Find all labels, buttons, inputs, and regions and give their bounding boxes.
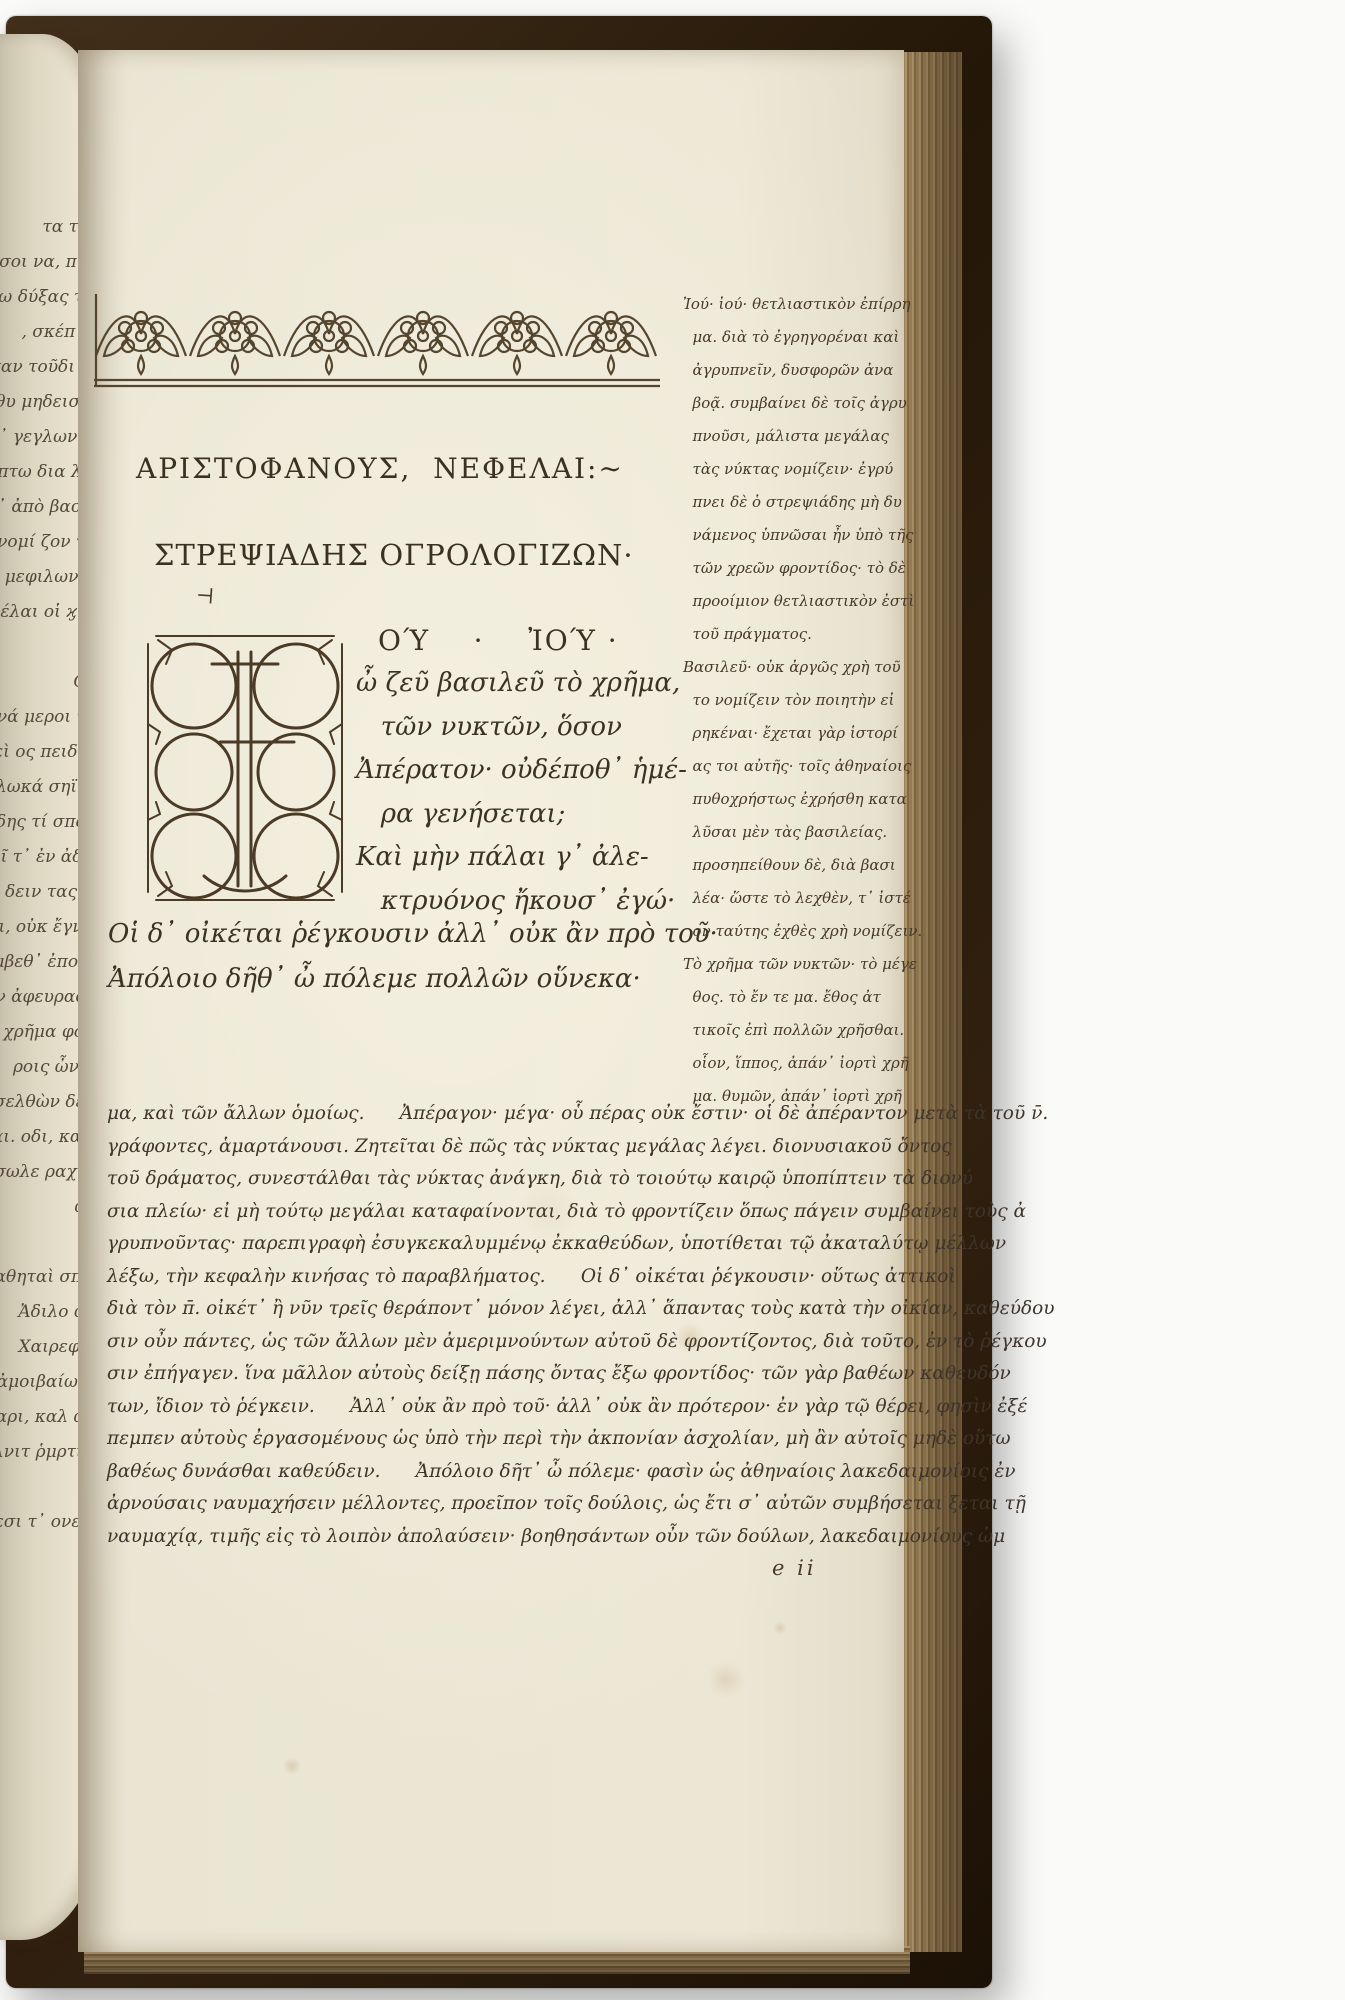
book-photograph: τα τον.μῶ σοι να, πνηὶω δύξας τοῦ, σκέπ … [0, 0, 1345, 2000]
commentary-line: διὰ τὸν π̄. οἰκέτ᾽ ἢ νῦν τρεῖς θεράποντ᾽… [107, 1293, 899, 1326]
scholia-line: Τὸ χρῆμα τῶν νυκτῶν· τὸ μέγε [683, 948, 898, 981]
scholia-line: πνοῦσι, μάλιστα μεγάλας [683, 420, 898, 453]
verse-line: Ἀπέρατον· οὐδέποθ᾽ ἡμέ- [356, 749, 687, 793]
floral-headpiece-woodcut [94, 290, 660, 396]
scene-heading: ΣΤΡΕΨΙΑΔΗΣ ΟΓΡΟΛΟΓΙΖΩΝ· [154, 538, 634, 572]
commentary-line: πεμπεν αὐτοὺς ἐργασομένους ὡς ὑπὸ τὴν πε… [107, 1423, 899, 1456]
scholia-line: θος. τὸ ἔν τε μα. ἔθος ἀτ [683, 981, 898, 1014]
verse-opening-capitals: ΟΎ · ἸΟΎ · [378, 624, 619, 657]
commentary-line: λέξω, τὴν κεφαλὴν κινήσας τὸ παραβλήματο… [107, 1261, 899, 1294]
verse-line: τῶν νυκτῶν, ὅσον [356, 706, 687, 750]
verse-full-width-lines: Οἱ δ᾽ οἰκέται ῥέγκουσιν ἀλλ᾽ οὐκ ἂν πρὸ … [108, 912, 718, 1002]
commentary-line: σιν ἐπήγαγεν. ἵνα μᾶλλον αὐτοὺς δείξῃ πά… [107, 1358, 899, 1391]
commentary-line: γράφοντες, ἁμαρτάνουσι. Ζητεῖται δὲ πῶς … [107, 1131, 899, 1164]
scholia-line: τικοῖς ἐπὶ πολλῶν χρῆσθαι. [683, 1014, 898, 1047]
verse-line: Καὶ μὴν πάλαι γ᾽ ἀλε- [356, 836, 687, 880]
scholia-line: βοᾷ. συμβαίνει δὲ τοῖς ἀγρυ [683, 387, 898, 420]
right-page: ΑΡΙΣΤΟΦΑΝΟΥΣ, ΝΕΦΕΛΑΙ:∼ ΣΤΡΕΨΙΑΔΗΣ ΟΓΡΟΛ… [78, 50, 904, 1952]
paragraph-mark: ⊣ [195, 583, 215, 608]
verse-line: ὦ ζεῦ βασιλεῦ τὸ χρῆμα, [356, 662, 687, 706]
scholia-line: οἷον, ἵππος, ἀπάν᾽ ἰορτὶ χρῆ [683, 1047, 898, 1080]
scholia-line: λέα· ὥστε τὸ λεχθὲν, τ᾽ ἰστέ [683, 882, 898, 915]
scholia-line: πνει δὲ ὁ στρεψιάδης μὴ δυ [683, 486, 898, 519]
scholia-line: ἀγρυπνεῖν, δυσφορῶν ἀνα [683, 354, 898, 387]
scholia-line: πυθοχρήστως ἐχρήσθη κατα [683, 783, 898, 816]
scholia-line: νάμενος ὑπνῶσαι ἦν ὑπὸ τῆς [683, 519, 898, 552]
commentary-block: μα, καὶ τῶν ἄλλων ὁμοίως. Ἀπέραγον· μέγα… [107, 1098, 899, 1553]
scholia-line: ον ταύτης ἐχθὲς χρὴ νομίζειν. [683, 915, 898, 948]
scholia-line: τὰς νύκτας νομίζειν· ἐγρύ [683, 453, 898, 486]
commentary-line: μα, καὶ τῶν ἄλλων ὁμοίως. Ἀπέραγον· μέγα… [107, 1098, 899, 1131]
scholia-line: μα. διὰ τὸ ἐγρηγορέναι καὶ [683, 321, 898, 354]
scholia-line: προοίμιον θετλιαστικὸν ἐστὶ [683, 585, 898, 618]
commentary-line: ναυμαχίᾳ, τιμῆς εἰς τὸ λοιπὸν ἀπολαύσειν… [107, 1521, 899, 1554]
verse-line: Οἱ δ᾽ οἰκέται ῥέγκουσιν ἀλλ᾽ οὐκ ἂν πρὸ … [108, 912, 718, 957]
scholia-line: Ἰού· ἰού· θετλιαστικὸν ἐπίρρη [683, 288, 898, 321]
verse-line: Ἀπόλοιο δῆθ᾽ ὦ πόλεμε πολλῶν οὕνεκα· [108, 957, 718, 1002]
commentary-line: τοῦ δράματος, συνεστάλθαι τὰς νύκτας ἀνά… [107, 1163, 899, 1196]
page-title: ΑΡΙΣΤΟΦΑΝΟΥΣ, ΝΕΦΕΛΑΙ:∼ [136, 452, 624, 485]
fore-edge-page-stack [898, 52, 962, 1952]
commentary-line: ἀρνούσαις ναυμαχήσειν μέλλοντες, προεῖπο… [107, 1488, 899, 1521]
scholia-line: λῦσαι μὲν τὰς βασιλείας. [683, 816, 898, 849]
commentary-line: βαθέως δυνάσθαι καθεύδειν. Ἀπόλοιο δῆτ᾽ … [107, 1456, 899, 1489]
commentary-line: σια πλείω· εἰ μὴ τούτῳ μεγάλαι καταφαίνο… [107, 1196, 899, 1229]
scholia-line: ας τοι αὐτῆς· τοῖς ἀθηναίοις [683, 750, 898, 783]
scholia-line: τῶν χρεῶν φροντίδος· τὸ δὲ [683, 552, 898, 585]
verse-column: ὦ ζεῦ βασιλεῦ τὸ χρῆμα, τῶν νυκτῶν, ὅσον… [356, 662, 687, 923]
verse-line: ρα γενήσεται; [356, 793, 687, 837]
scholia-line: προσηπείθουν δὲ, διὰ βασι [683, 849, 898, 882]
knotwork-initial-I-woodcut [136, 624, 354, 912]
commentary-line: των, ἴδιον τὸ ῥέγκειν. Ἀλλ᾽ οὐκ ἂν πρὸ τ… [107, 1391, 899, 1424]
margin-scholia-column: Ἰού· ἰού· θετλιαστικὸν ἐπίρρη μα. διὰ τὸ… [683, 288, 898, 1113]
scholia-line: Βασιλεῦ· οὐκ ἀργῶς χρὴ τοῦ [683, 651, 898, 684]
quire-signature-mark: e ii [772, 1556, 817, 1580]
commentary-line: γρυπνοῦντας· παρεπιγραφὴ ἐσυγκεκαλυμμένῳ… [107, 1228, 899, 1261]
commentary-line: σιν οὖν πάντες, ὡς τῶν ἄλλων μὲν ἀμεριμν… [107, 1326, 899, 1359]
scholia-line: το νομίζειν τὸν ποιητὴν εἰ [683, 684, 898, 717]
scholia-line: τοῦ πράγματος. [683, 618, 898, 651]
scholia-line: ρηκέναι· ἔχεται γὰρ ἱστορί [683, 717, 898, 750]
